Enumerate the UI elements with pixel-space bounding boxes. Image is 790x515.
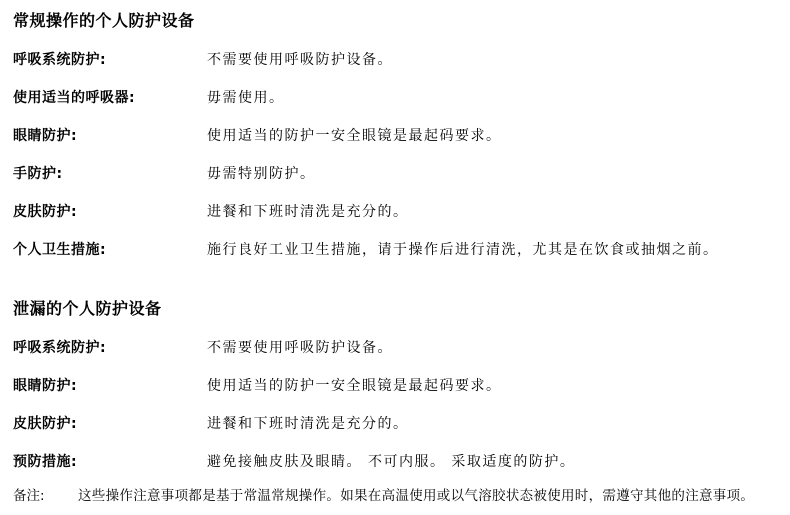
row-value: 使用适当的防护一安全眼镜是最起码要求。 (207, 378, 502, 394)
row-value: 进餐和下班时清洗是充分的。 (207, 416, 409, 432)
ppe-row-respiratory-spill: 呼吸系统防护: 不需要使用呼吸防护设备。 (13, 340, 782, 356)
row-label: 眼睛防护: (13, 128, 207, 144)
ppe-row-hygiene-measures: 个人卫生措施: 施行良好工业卫生措施，请于操作后进行清洗，尤其是在饮食或抽烟之前… (13, 242, 782, 258)
row-label: 眼睛防护: (13, 378, 207, 394)
row-label: 使用适当的呼吸器: (13, 90, 207, 106)
row-value: 避免接触皮肤及眼睛。 不可内服。 采取适度的防护。 (207, 454, 575, 470)
row-value: 毋需特别防护。 (207, 166, 316, 182)
ppe-row-hand-protection: 手防护: 毋需特别防护。 (13, 166, 782, 182)
footnote-label: 备注: (13, 488, 78, 504)
row-value: 不需要使用呼吸防护设备。 (207, 340, 393, 356)
ppe-row-respirator: 使用适当的呼吸器: 毋需使用。 (13, 90, 782, 106)
section-heading-spill-leak: 泄漏的个人防护设备 (13, 300, 782, 318)
row-label: 呼吸系统防护: (13, 340, 207, 356)
ppe-row-eye-protection-spill: 眼睛防护: 使用适当的防护一安全眼镜是最起码要求。 (13, 378, 782, 394)
row-label: 手防护: (13, 166, 207, 182)
row-value: 进餐和下班时清洗是充分的。 (207, 204, 409, 220)
ppe-row-skin-protection-spill: 皮肤防护: 进餐和下班时清洗是充分的。 (13, 416, 782, 432)
footnote: 备注: 这些操作注意事项都是基于常温常规操作。如果在高温使用或以气溶胶状态被使用… (13, 488, 782, 504)
row-value: 毋需使用。 (207, 90, 285, 106)
row-label: 皮肤防护: (13, 416, 207, 432)
row-value: 不需要使用呼吸防护设备。 (207, 52, 393, 68)
row-value: 施行良好工业卫生措施，请于操作后进行清洗，尤其是在饮食或抽烟之前。 (207, 242, 719, 258)
ppe-row-skin-protection: 皮肤防护: 进餐和下班时清洗是充分的。 (13, 204, 782, 220)
ppe-row-respiratory: 呼吸系统防护: 不需要使用呼吸防护设备。 (13, 52, 782, 68)
row-value: 使用适当的防护一安全眼镜是最起码要求。 (207, 128, 502, 144)
ppe-document: 常规操作的个人防护设备 呼吸系统防护: 不需要使用呼吸防护设备。 使用适当的呼吸… (0, 0, 790, 515)
row-label: 预防措施: (13, 454, 207, 470)
row-label: 皮肤防护: (13, 204, 207, 220)
ppe-row-eye-protection: 眼睛防护: 使用适当的防护一安全眼镜是最起码要求。 (13, 128, 782, 144)
ppe-row-precautions: 预防措施: 避免接触皮肤及眼睛。 不可内服。 采取适度的防护。 (13, 454, 782, 470)
row-label: 个人卫生措施: (13, 242, 207, 258)
row-label: 呼吸系统防护: (13, 52, 207, 68)
footnote-text: 这些操作注意事项都是基于常温常规操作。如果在高温使用或以气溶胶状态被使用时，需遵… (78, 488, 754, 504)
section-heading-normal-operation: 常规操作的个人防护设备 (13, 12, 782, 30)
